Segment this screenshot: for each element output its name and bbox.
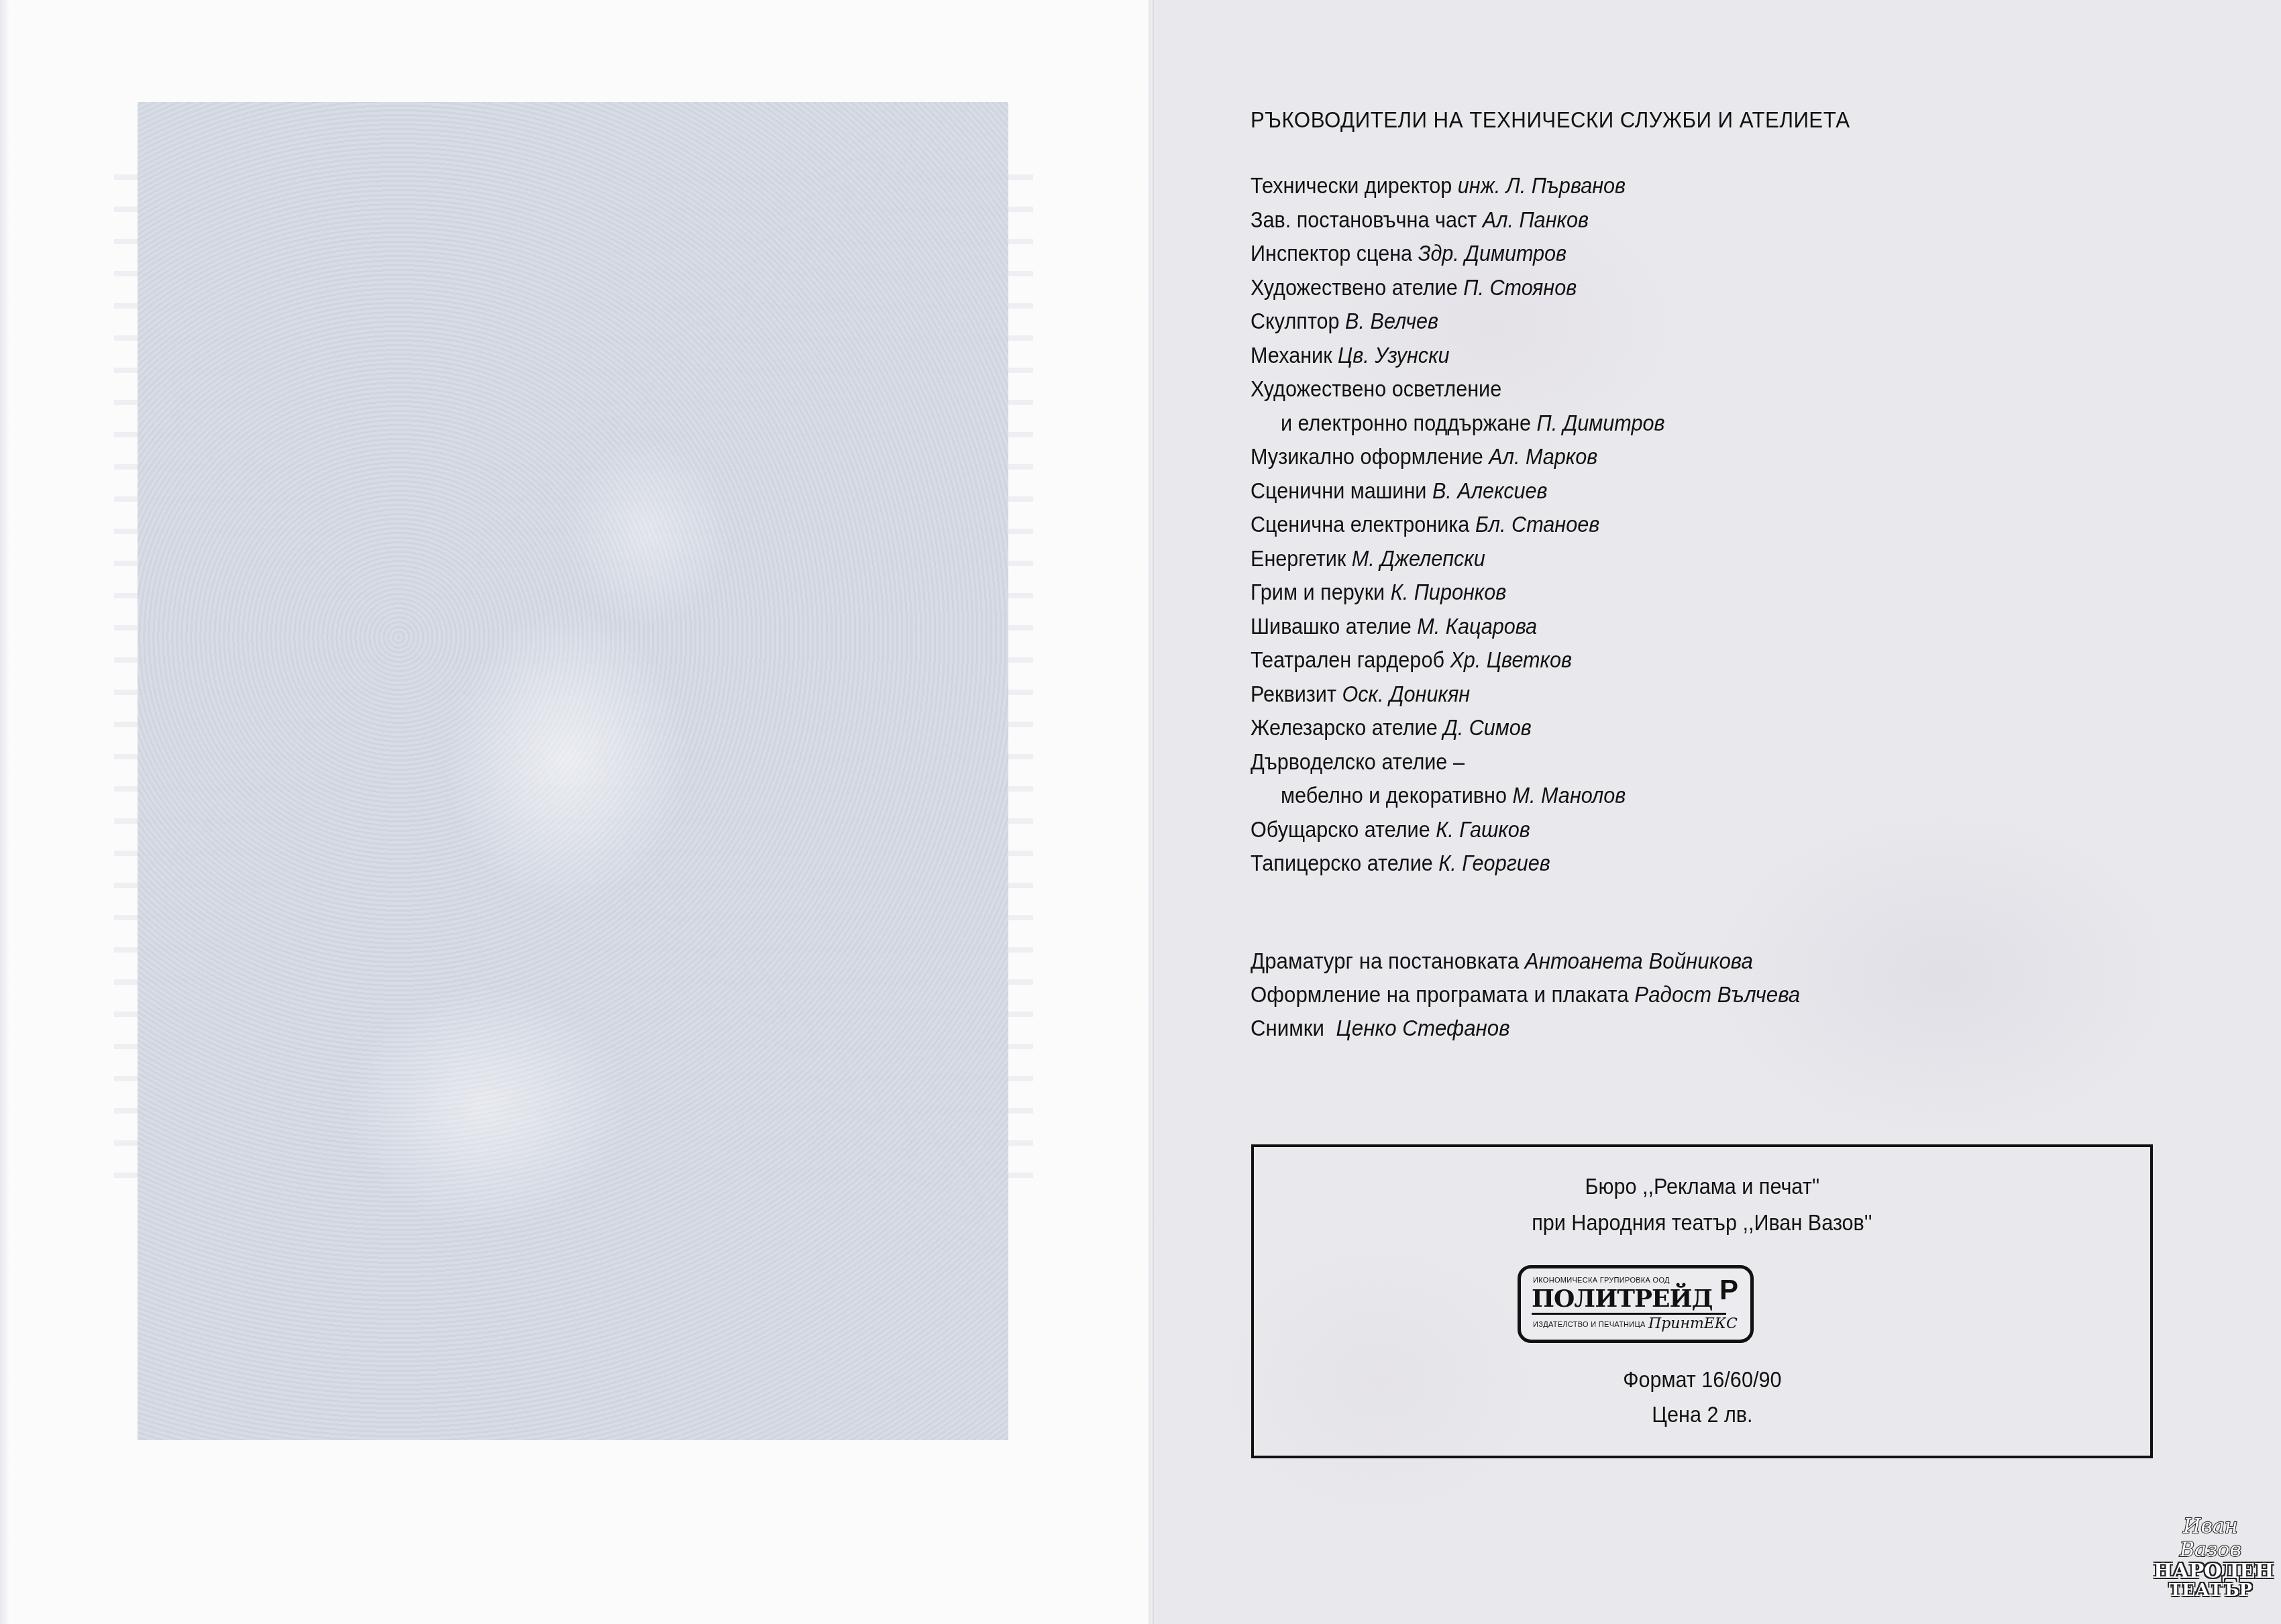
publisher-name: ПОЛИТРЕЙД [1532, 1285, 1713, 1313]
staff-row: Скулптор В. Велчев [1251, 305, 1664, 339]
left-page [0, 0, 1149, 1624]
page-fold [1149, 0, 1154, 1624]
staff-row: Железарско ателие Д. Симов [1251, 711, 1664, 745]
staff-row: Сценични машини В. Алексиев [1251, 474, 1664, 508]
publisher-group-label: ИКОНОМИЧЕСКА ГРУПИРОВКА ООД [1533, 1277, 1670, 1285]
right-page: РЪКОВОДИТЕЛИ НА ТЕХНИЧЕСКИ СЛУЖБИ И АТЕЛ… [1154, 0, 2281, 1624]
staff-row: Грим и перуки К. Пиронков [1251, 576, 1664, 610]
staff-row: Художествено осветление [1251, 372, 1664, 407]
imprint-box: Бюро ,,Реклама и печат'' при Народния те… [1251, 1144, 2153, 1458]
logo-rule [1532, 1313, 1726, 1315]
logo-word-teatar: ТЕАТЪР [2154, 1582, 2268, 1599]
staff-row: Музикално оформление Ал. Марков [1251, 440, 1664, 474]
staff-row: Технически директор инж. Л. Първанов [1251, 169, 1664, 203]
staff-row: Художествено ателие П. Стоянов [1251, 271, 1664, 305]
credit-row: Драматург на постановката Антоанета Войн… [1251, 944, 1800, 978]
printex-script-logo: ПринтЕКС [1648, 1315, 1738, 1332]
staff-row: и електронно поддържане П. Димитров [1251, 407, 1664, 441]
staff-row: Шивашко ателие М. Кацарова [1251, 610, 1664, 644]
credit-row: Снимки Ценко Стефанов [1251, 1012, 1800, 1045]
staff-row: Обущарско ателие К. Гашков [1251, 813, 1664, 847]
publisher-logo: ИКОНОМИЧЕСКА ГРУПИРОВКА ООД ПОЛИТРЕЙД P … [1518, 1265, 1754, 1343]
imprint-price: Цена 2 лв. [1254, 1402, 2150, 1428]
production-credits: Драматург на постановката Антоанета Войн… [1251, 944, 1848, 1045]
national-theatre-logo: Иван Вазов НАРОДЕН ТЕАТЪР [2154, 1515, 2268, 1599]
staff-row: Зав. постановъчна част Ал. Панков [1251, 203, 1664, 237]
publisher-house-label: ИЗДАТЕЛСТВО И ПЕЧАТНИЦА [1533, 1321, 1646, 1329]
faded-photograph [138, 102, 1008, 1440]
publisher-mark-icon: P [1719, 1274, 1738, 1306]
credit-row: Оформление на програмата и плаката Радос… [1251, 978, 1800, 1012]
staff-row: Механик Цв. Узунски [1251, 339, 1664, 373]
staff-row: Сценична електроника Бл. Станоев [1251, 508, 1664, 542]
staff-row: Реквизит Оск. Доникян [1251, 678, 1664, 712]
staff-row: Тапицерско ателие К. Георгиев [1251, 847, 1664, 881]
staff-list: Технически директор инж. Л. Първанов Зав… [1251, 169, 1711, 881]
staff-row: Дърводелско ателие – [1251, 745, 1664, 779]
imprint-theatre: при Народния театър ,,Иван Вазов'' [1254, 1210, 2150, 1236]
staff-row: Инспектор сцена Здр. Димитров [1251, 237, 1664, 271]
staff-row: мебелно и декоративно М. Манолов [1251, 779, 1664, 813]
logo-word-naroden: НАРОДЕН [2154, 1562, 2268, 1582]
staff-row: Енергетик М. Джелепски [1251, 542, 1664, 576]
section-heading: РЪКОВОДИТЕЛИ НА ТЕХНИЧЕСКИ СЛУЖБИ И АТЕЛ… [1251, 107, 1850, 133]
staff-row: Театрален гардероб Хр. Цветков [1251, 643, 1664, 678]
signature-icon: Иван Вазов [2154, 1515, 2268, 1562]
imprint-format: Формат 16/60/90 [1254, 1367, 2150, 1393]
page-edge [0, 0, 9, 1624]
imprint-bureau: Бюро ,,Реклама и печат'' [1254, 1174, 2150, 1200]
